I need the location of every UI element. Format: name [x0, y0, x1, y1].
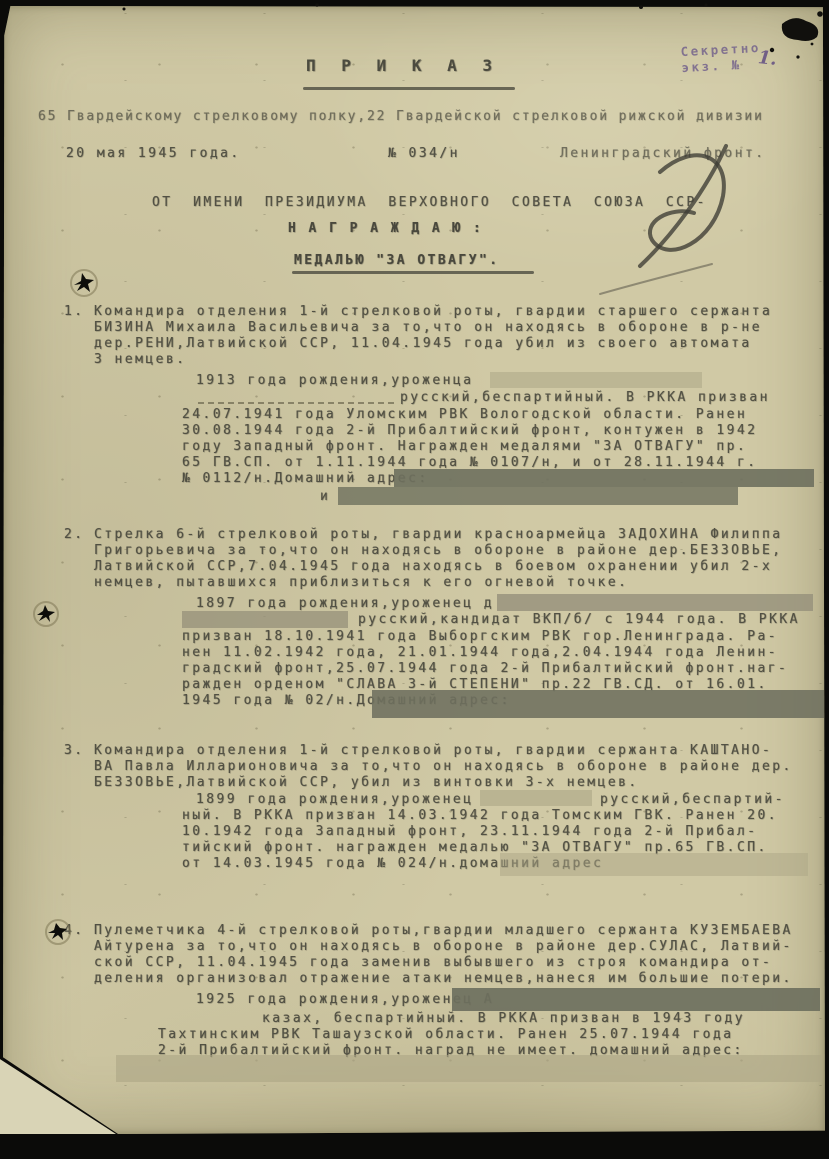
order-line: БЕЗЗОВЬЕ,Латвийской ССР, убил из винтовк…: [94, 775, 639, 790]
order-line: Тахтинским РВК Ташаузской области. Ранен…: [158, 1027, 734, 1042]
order-line: году Западный фронт. Награжден медалями …: [182, 439, 747, 454]
preamble-line: ОТ ИМЕНИ ПРЕЗИДИУМА ВЕРХОВНОГО СОВЕТА СО…: [152, 195, 707, 210]
addressee-line: 65 Гвардейскому стрелковому полку,22 Гва…: [38, 109, 764, 124]
order-line: 3 немцев.: [94, 352, 187, 367]
order-line: Айтурена за то,что он находясь в обороне…: [94, 939, 793, 954]
order-line: дер.РЕНИ,Латвийской ССР, 11.04.1945 года…: [94, 336, 752, 351]
order-line: Командира отделения 1-й стрелковой роты,…: [94, 743, 772, 758]
order-number: № 034/н: [388, 146, 460, 161]
item-number: 4.: [64, 923, 85, 938]
order-line: № 0112/н.Домашний адрес:: [182, 471, 429, 486]
order-line: 1897 года рождения,уроженец д: [196, 596, 494, 611]
redaction-bar: [452, 988, 820, 1011]
redaction-bar: [338, 487, 738, 505]
order-line: 1925 года рождения,уроженец А: [196, 992, 494, 1007]
redaction-bar: [372, 690, 824, 718]
order-line: русский,беспартийный. В РККА призван: [400, 390, 770, 405]
medal-underline: [292, 271, 534, 274]
handwritten-copy-number: 1.: [757, 47, 778, 70]
order-line: Григорьевича за то,что он находясь в обо…: [94, 543, 783, 558]
order-line: Командира отделения 1-й стрелковой роты,…: [94, 304, 772, 319]
redaction-bar: [500, 853, 808, 876]
item-number: 1.: [64, 304, 85, 319]
redaction-bar: [480, 790, 592, 806]
order-line: Пулеметчика 4-й стрелковой роты,гвардии …: [94, 923, 793, 938]
order-line: и: [320, 489, 330, 504]
redaction-bar: [182, 611, 348, 628]
front-name: Ленинградский фронт.: [560, 146, 766, 161]
redaction-bar: [497, 594, 813, 611]
order-line: градский фронт,25.07.1944 года 2-й Приба…: [182, 661, 788, 676]
order-line: ный. В РККА призван 14.03.1942 года Томс…: [182, 808, 778, 823]
order-line: немцев, пытавшихся приблизиться к его ог…: [94, 575, 628, 590]
item-number: 3.: [64, 743, 85, 758]
order-line: русский,беспартий-: [600, 792, 785, 807]
order-line: 1913 года рождения,уроженца: [196, 373, 473, 388]
order-line: ской ССР, 11.04.1945 года заменив выбывш…: [94, 955, 772, 970]
order-line: Стрелка 6-й стрелковой роты, гвардии кра…: [94, 527, 783, 542]
order-line: 24.07.1941 года Уломским РВК Вологодской…: [182, 407, 747, 422]
item-number: 2.: [64, 527, 85, 542]
redaction-bar: [116, 1055, 822, 1082]
order-line: казах, беспартийный. В РККА призван в 19…: [262, 1011, 745, 1026]
order-line: призван 18.10.1941 года Выборгским РВК г…: [182, 629, 778, 644]
medal-line: МЕДАЛЬЮ "ЗА ОТВАГУ".: [294, 253, 500, 268]
order-date: 20 мая 1945 года.: [66, 146, 241, 161]
secrecy-stamp: Секретно экз. №: [680, 40, 762, 75]
order-line: БИЗИНА Михаила Васильевича за то,что он …: [94, 320, 762, 335]
order-title: П Р И К А З: [306, 56, 500, 75]
order-line: русский,кандидат ВКП/б/ с 1944 года. В Р…: [358, 612, 800, 627]
order-line: 1899 года рождения,уроженец: [196, 792, 473, 807]
order-line: ВА Павла Илларионовича за то,что он нахо…: [94, 759, 793, 774]
blank-line: [198, 392, 394, 404]
order-line: 10.1942 года Западный фронт, 23.11.1944 …: [182, 824, 758, 839]
order-line: нен 11.02.1942 года, 21.01.1944 года,2.0…: [182, 645, 778, 660]
order-line: Латвийской ССР,7.04.1945 года находясь в…: [94, 559, 772, 574]
title-underline: [303, 87, 515, 90]
award-verb-line: Н А Г Р А Ж Д А Ю :: [288, 221, 483, 236]
redaction-bar: [394, 469, 814, 487]
order-line: 30.08.1944 года 2-й Прибалтийский фронт,…: [182, 423, 758, 438]
redaction-bar: [490, 372, 702, 388]
order-line: 65 ГВ.СП. от 1.11.1944 года № 0107/н, и …: [182, 455, 758, 470]
order-line: деления организовал отражение атаки немц…: [94, 971, 793, 986]
